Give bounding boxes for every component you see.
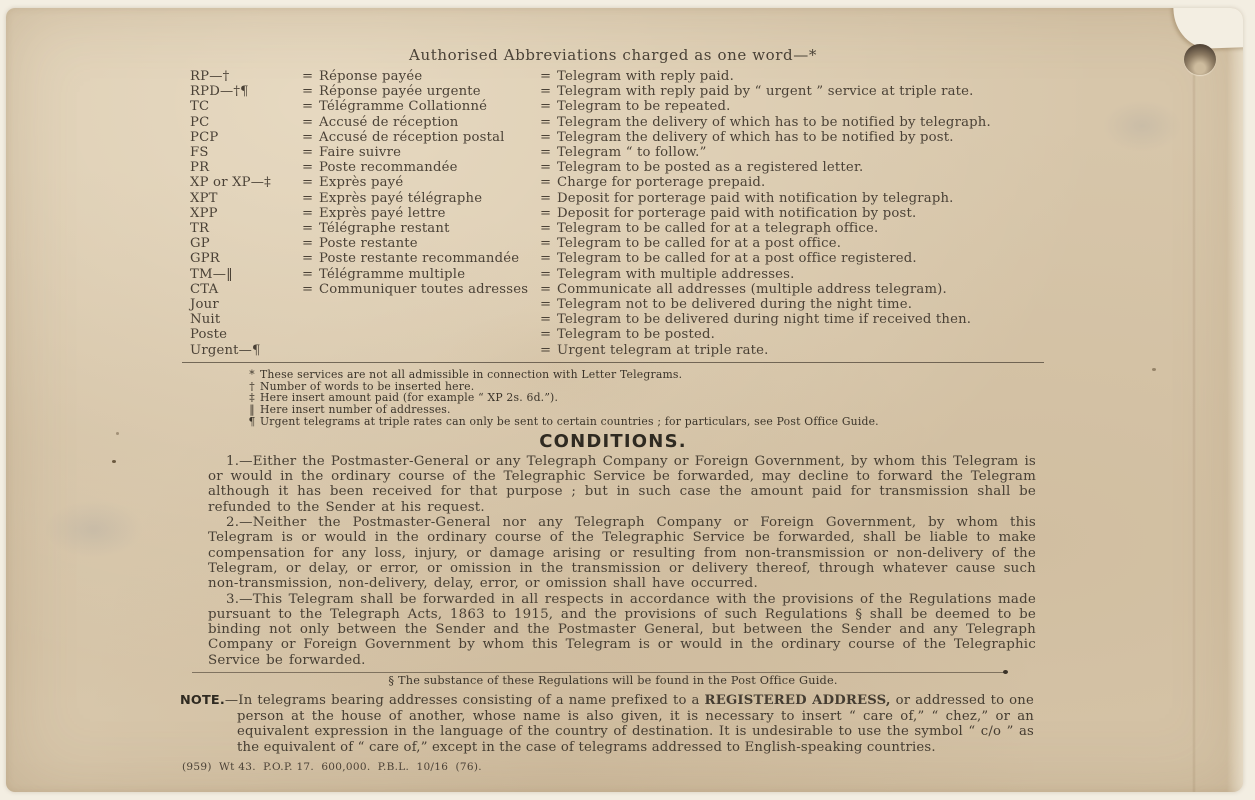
- abbrev-code: RP—†: [190, 69, 302, 84]
- equals-sign: =: [540, 312, 557, 327]
- equals-sign: =: [540, 175, 557, 190]
- equals-sign: =: [540, 84, 557, 99]
- printer-imprint: (959) Wt 43. P.O.P. 17. 600,000. P.B.L. …: [182, 761, 1046, 773]
- abbrev-code: RPD—†¶: [190, 84, 302, 99]
- abbrev-english: Telegram to be posted as a registered le…: [557, 160, 1046, 175]
- condition-paragraph: 3.—This Telegram shall be forwarded in a…: [208, 592, 1036, 668]
- equals-sign: =: [540, 236, 557, 251]
- abbrev-french: Exprès payé télégraphe: [319, 191, 540, 206]
- abbrev-french: Faire suivre: [319, 145, 540, 160]
- equals-sign: =: [540, 115, 557, 130]
- footnote-marker: *: [244, 369, 260, 381]
- equals-sign: =: [302, 115, 319, 130]
- abbrev-english: Communicate all addresses (multiple addr…: [557, 282, 1046, 297]
- equals-sign: =: [540, 160, 557, 175]
- abbrev-french: Communiquer toutes adresses: [319, 282, 540, 297]
- abbreviation-row: GP=Poste restante=Telegram to be called …: [190, 236, 1046, 251]
- abbrev-french: Accusé de réception: [319, 115, 540, 130]
- equals-sign: =: [302, 221, 319, 236]
- regulations-reference: § The substance of these Regulations wil…: [180, 674, 1046, 687]
- abbrev-code: TM—‖: [190, 267, 302, 282]
- abbreviation-row: RP—†=Réponse payée=Telegram with reply p…: [190, 69, 1046, 84]
- equals-sign: =: [302, 251, 319, 266]
- abbrev-french: Poste restante: [319, 236, 540, 251]
- equals-sign: =: [540, 282, 557, 297]
- abbreviation-row: GPR=Poste restante recommandée=Telegram …: [190, 251, 1046, 266]
- abbreviation-row: XP or XP—‡=Exprès payé=Charge for porter…: [190, 175, 1046, 190]
- abbrev-code: PC: [190, 115, 302, 130]
- equals-sign: =: [540, 297, 557, 312]
- abbrev-french: [319, 312, 540, 327]
- abbrev-french: Télégraphe restant: [319, 221, 540, 236]
- abbrev-code: XP or XP—‡: [190, 175, 302, 190]
- abbrev-code: PCP: [190, 130, 302, 145]
- ink-smudge-left: [44, 500, 144, 558]
- conditions-heading: CONDITIONS.: [180, 431, 1046, 453]
- equals-sign: [302, 343, 319, 358]
- abbrev-english: Telegram to be called for at a post offi…: [557, 251, 1046, 266]
- equals-sign: =: [302, 145, 319, 160]
- equals-sign: =: [540, 327, 557, 342]
- abbreviation-row: PR=Poste recommandée=Telegram to be post…: [190, 160, 1046, 175]
- equals-sign: =: [540, 251, 557, 266]
- footnote-marker: ¶: [244, 416, 260, 428]
- abbrev-code: XPP: [190, 206, 302, 221]
- equals-sign: =: [540, 343, 557, 358]
- abbrev-french: [319, 297, 540, 312]
- equals-sign: =: [302, 69, 319, 84]
- abbrev-english: Charge for porterage prepaid.: [557, 175, 1046, 190]
- abbrev-english: Deposit for porterage paid with notifica…: [557, 206, 1046, 221]
- abbrev-french: [319, 327, 540, 342]
- ink-smudge-right: [1102, 100, 1182, 152]
- conditions-paragraphs: 1.—Either the Postmaster-General or any …: [208, 454, 1036, 668]
- abbrev-code: Urgent—¶: [190, 343, 302, 358]
- paper-speck: [1152, 368, 1156, 371]
- abbrev-french: Télégramme multiple: [319, 267, 540, 282]
- condition-paragraph: 1.—Either the Postmaster-General or any …: [208, 454, 1036, 515]
- horizontal-rule-thin: [192, 672, 1006, 673]
- abbrev-french: Réponse payée urgente: [319, 84, 540, 99]
- equals-sign: =: [302, 267, 319, 282]
- worn-right-edge: [1227, 8, 1243, 792]
- abbreviation-row: Nuit=Telegram to be delivered during nig…: [190, 312, 1046, 327]
- equals-sign: =: [302, 99, 319, 114]
- equals-sign: [302, 327, 319, 342]
- paper-speck: [112, 460, 116, 463]
- vertical-crease: [1192, 8, 1196, 792]
- equals-sign: =: [540, 221, 557, 236]
- abbrev-code: GP: [190, 236, 302, 251]
- abbreviation-row: TC=Télégramme Collationné=Telegram to be…: [190, 99, 1046, 114]
- abbrev-english: Telegram “ to follow.”: [557, 145, 1046, 160]
- paper-speck: [116, 432, 119, 435]
- abbreviation-row: Poste=Telegram to be posted.: [190, 327, 1046, 342]
- abbrev-code: Nuit: [190, 312, 302, 327]
- footnote-text: These services are not all admissible in…: [260, 369, 1046, 381]
- horizontal-rule: [182, 362, 1044, 363]
- abbrev-english: Telegram with reply paid by “ urgent ” s…: [557, 84, 1046, 99]
- abbreviation-row: XPT=Exprès payé télégraphe=Deposit for p…: [190, 191, 1046, 206]
- abbrev-code: FS: [190, 145, 302, 160]
- equals-sign: =: [540, 145, 557, 160]
- rule-end-mark: [1003, 670, 1008, 674]
- note-text-pre: —In telegrams bearing addresses consisti…: [225, 693, 705, 708]
- equals-sign: =: [302, 191, 319, 206]
- abbreviation-row: PCP=Accusé de réception postal=Telegram …: [190, 130, 1046, 145]
- abbrev-french: Poste recommandée: [319, 160, 540, 175]
- equals-sign: [302, 312, 319, 327]
- abbrev-code: TR: [190, 221, 302, 236]
- equals-sign: =: [302, 206, 319, 221]
- abbrev-french: Exprès payé: [319, 175, 540, 190]
- equals-sign: =: [540, 191, 557, 206]
- abbreviation-row: RPD—†¶=Réponse payée urgente=Telegram wi…: [190, 84, 1046, 99]
- abbrev-french: Accusé de réception postal: [319, 130, 540, 145]
- torn-corner-notch: [1173, 8, 1243, 50]
- equals-sign: =: [540, 130, 557, 145]
- abbrev-french: Réponse payée: [319, 69, 540, 84]
- page-title: Authorised Abbreviations charged as one …: [180, 46, 1046, 65]
- abbrev-english: Telegram to be delivered during night ti…: [557, 312, 1046, 327]
- condition-paragraph: 2.—Neither the Postmaster-General nor an…: [208, 515, 1036, 591]
- equals-sign: =: [302, 236, 319, 251]
- abbrev-french: Poste restante recommandée: [319, 251, 540, 266]
- note-paragraph: NOTE.—In telegrams bearing addresses con…: [180, 693, 1034, 755]
- abbrev-english: Telegram to be posted.: [557, 327, 1046, 342]
- abbrev-code: PR: [190, 160, 302, 175]
- abbrev-english: Telegram not to be delivered during the …: [557, 297, 1046, 312]
- abbreviation-row: XPP=Exprès payé lettre=Deposit for porte…: [190, 206, 1046, 221]
- abbreviation-row: TM—‖=Télégramme multiple=Telegram with m…: [190, 267, 1046, 282]
- abbrev-code: Jour: [190, 297, 302, 312]
- abbrev-code: CTA: [190, 282, 302, 297]
- abbrev-code: TC: [190, 99, 302, 114]
- printed-content: Authorised Abbreviations charged as one …: [180, 46, 1046, 773]
- abbrev-code: Poste: [190, 327, 302, 342]
- punched-hole: [1184, 44, 1216, 75]
- abbrev-code: XPT: [190, 191, 302, 206]
- footnote-line: ¶Urgent telegrams at triple rates can on…: [244, 416, 1046, 428]
- equals-sign: [302, 297, 319, 312]
- equals-sign: =: [540, 206, 557, 221]
- abbrev-english: Deposit for porterage paid with notifica…: [557, 191, 1046, 206]
- telegram-form-back-page: Authorised Abbreviations charged as one …: [6, 8, 1243, 792]
- abbrev-english: Telegram to be called for at a telegraph…: [557, 221, 1046, 236]
- abbrev-french: [319, 343, 540, 358]
- abbreviations-table: RP—†=Réponse payée=Telegram with reply p…: [190, 69, 1046, 358]
- abbreviation-row: Urgent—¶=Urgent telegram at triple rate.: [190, 343, 1046, 358]
- abbrev-english: Urgent telegram at triple rate.: [557, 343, 1046, 358]
- footnote-text: Urgent telegrams at triple rates can onl…: [260, 416, 1046, 428]
- abbreviation-row: TR=Télégraphe restant=Telegram to be cal…: [190, 221, 1046, 236]
- abbreviation-row: CTA=Communiquer toutes adresses=Communic…: [190, 282, 1046, 297]
- abbrev-english: Telegram the delivery of which has to be…: [557, 115, 1046, 130]
- note-registered-address: REGISTERED ADDRESS,: [705, 693, 891, 708]
- footnotes-list: *These services are not all admissible i…: [244, 369, 1046, 428]
- equals-sign: =: [302, 282, 319, 297]
- abbrev-english: Telegram with reply paid.: [557, 69, 1046, 84]
- abbrev-english: Telegram the delivery of which has to be…: [557, 130, 1046, 145]
- abbrev-english: Telegram to be called for at a post offi…: [557, 236, 1046, 251]
- abbreviation-row: Jour=Telegram not to be delivered during…: [190, 297, 1046, 312]
- footnote-line: *These services are not all admissible i…: [244, 369, 1046, 381]
- equals-sign: =: [540, 267, 557, 282]
- equals-sign: =: [540, 69, 557, 84]
- equals-sign: =: [302, 175, 319, 190]
- equals-sign: =: [302, 130, 319, 145]
- equals-sign: =: [302, 160, 319, 175]
- note-label: NOTE.: [180, 693, 225, 708]
- abbrev-code: GPR: [190, 251, 302, 266]
- abbrev-english: Telegram to be repeated.: [557, 99, 1046, 114]
- abbrev-english: Telegram with multiple addresses.: [557, 267, 1046, 282]
- abbrev-french: Exprès payé lettre: [319, 206, 540, 221]
- abbreviation-row: PC=Accusé de réception=Telegram the deli…: [190, 115, 1046, 130]
- abbreviation-row: FS=Faire suivre=Telegram “ to follow.”: [190, 145, 1046, 160]
- equals-sign: =: [302, 84, 319, 99]
- equals-sign: =: [540, 99, 557, 114]
- abbrev-french: Télégramme Collationné: [319, 99, 540, 114]
